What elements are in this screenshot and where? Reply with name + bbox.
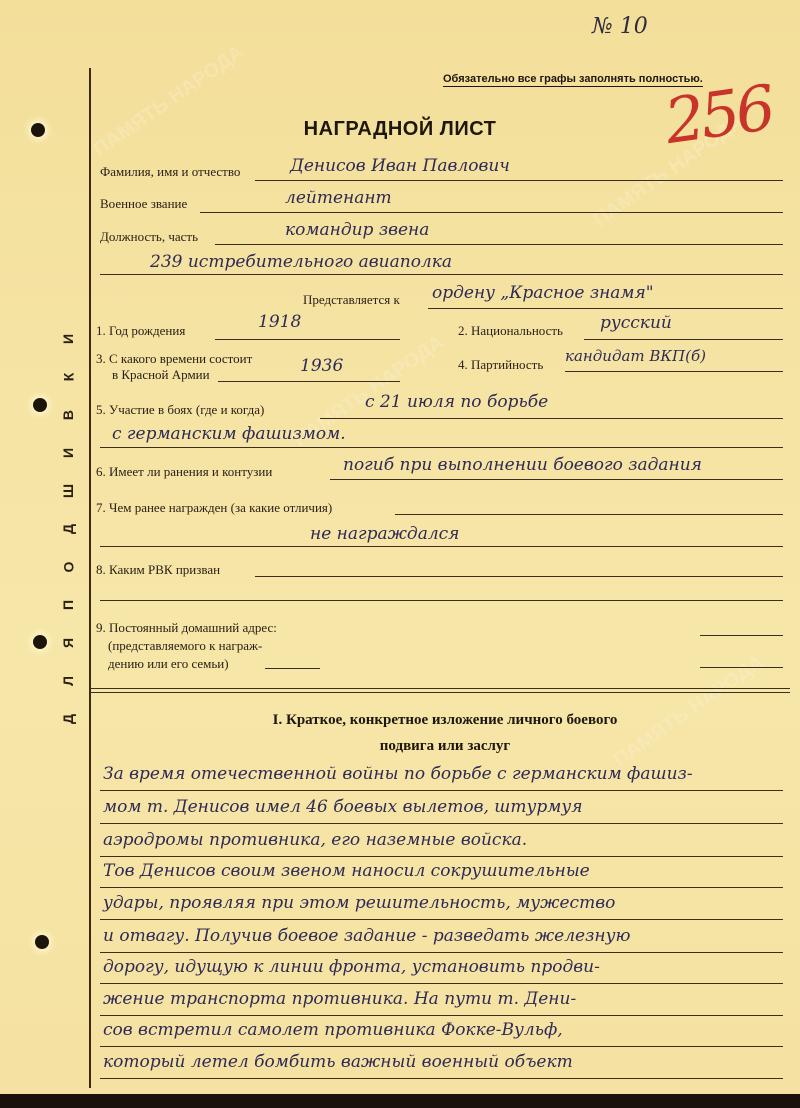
document-title: НАГРАДНОЙ ЛИСТ [0, 118, 800, 141]
wounds-label: 6. Имеет ли ранения и контузии [96, 464, 272, 480]
narrative-line: сов встретил самолет противника Фокке-Ву… [103, 1020, 563, 1040]
unit-value: 239 истребительного авиаполка [150, 252, 452, 272]
margin-letter: П [59, 600, 77, 610]
wounds-value: погиб при выполнении боевого задания [343, 455, 702, 475]
section1-heading: I. Краткое, конкретное изложение личного… [90, 712, 800, 729]
rule [100, 823, 783, 824]
rule [255, 576, 783, 577]
prior-awards-value: не награждался [310, 524, 459, 544]
rule [100, 1078, 783, 1079]
rule [100, 856, 783, 857]
army-since-label: 3. С какого времени состоит [96, 351, 252, 367]
rule [100, 952, 783, 953]
rule [100, 983, 783, 984]
margin-letter: В [59, 410, 77, 420]
margin-text-for-binding: И К В И Ш Д О П Я Л Д [58, 330, 78, 728]
rule [100, 1046, 783, 1047]
rule [100, 274, 783, 275]
rule [100, 1015, 783, 1016]
army-since-label-2: в Красной Армии [112, 367, 210, 383]
nominated-for-value: ордену „Красное знамя" [432, 283, 654, 303]
rank-value: лейтенант [285, 188, 392, 208]
address-label-3: дению или его семьи) [108, 656, 229, 672]
position-value: командир звена [285, 220, 429, 240]
rule [100, 447, 783, 448]
address-label-2: (представляемого к награж- [108, 638, 262, 654]
punch-hole [33, 398, 47, 412]
rule [100, 600, 783, 601]
narrative-line: За время отечественной войны по борьбе с… [103, 764, 693, 784]
rule [565, 371, 783, 372]
rule [100, 887, 783, 888]
rvk-label: 8. Каким РВК призван [96, 562, 220, 578]
rule [320, 418, 783, 419]
rule [100, 546, 783, 547]
section1-heading-2: подвига или заслуг [90, 738, 800, 755]
address-label: 9. Постоянный домашний адрес: [96, 620, 277, 636]
narrative-line: жение транспорта противника. На пути т. … [103, 989, 576, 1009]
rule [428, 308, 783, 309]
rank-label: Военное звание [100, 196, 187, 212]
margin-letter: Я [59, 638, 77, 648]
punch-hole [35, 935, 49, 949]
punch-hole [33, 635, 47, 649]
rule [584, 339, 783, 340]
rule [700, 635, 783, 636]
rule [395, 514, 783, 515]
narrative-line: Тов Денисов своим звеном наносил сокруши… [103, 861, 590, 881]
nominated-for-label: Представляется к [303, 292, 400, 308]
margin-letter: Ш [59, 484, 77, 498]
watermark: ПАМЯТЬ НАРОДА [89, 41, 248, 162]
rule [100, 919, 783, 920]
margin-letter: К [59, 373, 77, 382]
rule [330, 479, 783, 480]
rule [218, 381, 400, 382]
rule [200, 212, 783, 213]
rule [265, 668, 320, 669]
narrative-line: удары, проявляя при этом решительность, … [103, 893, 615, 913]
narrative-line: и отвагу. Получив боевое задание - разве… [103, 926, 630, 946]
margin-letter: Д [59, 524, 77, 534]
narrative-line: мом т. Денисов имел 46 боевых вылетов, ш… [103, 797, 582, 817]
nationality-label: 2. Национальность [458, 323, 563, 339]
prior-awards-label: 7. Чем ранее награжден (за какие отличия… [96, 500, 332, 516]
rule [215, 339, 400, 340]
top-handwritten-mark: № 10 [592, 14, 648, 39]
left-border-line [89, 68, 91, 1088]
rule [255, 180, 783, 181]
margin-letter: И [59, 334, 77, 344]
party-label: 4. Партийность [458, 357, 543, 373]
scan-edge [0, 1094, 800, 1108]
award-sheet: ПАМЯТЬ НАРОДА ПАМЯТЬ НАРОДА ПАМЯТЬ НАРОД… [0, 0, 800, 1094]
position-label: Должность, часть [100, 229, 198, 245]
margin-letter: Л [59, 676, 77, 686]
narrative-line: дорогу, идущую к линии фронта, установит… [103, 957, 600, 977]
archive-number: 256 [660, 71, 775, 158]
narrative-line: аэродромы противника, его наземные войск… [103, 830, 527, 850]
battles-value-2: с германским фашизмом. [112, 424, 346, 444]
rule [700, 667, 783, 668]
rule [100, 790, 783, 791]
birth-year-value: 1918 [258, 312, 301, 332]
narrative-line: который летел бомбить важный военный объ… [103, 1052, 573, 1072]
battles-value: с 21 июля по борьбе [365, 392, 548, 412]
party-value: кандидат ВКП(б) [565, 347, 706, 365]
section-divider [90, 688, 790, 693]
battles-label: 5. Участие в боях (где и когда) [96, 402, 264, 418]
army-since-value: 1936 [300, 356, 343, 376]
nationality-value: русский [600, 313, 672, 333]
full-name-label: Фамилия, имя и отчество [100, 164, 240, 180]
rule [215, 244, 783, 245]
margin-letter: Д [59, 714, 77, 724]
birth-year-label: 1. Год рождения [96, 323, 185, 339]
full-name-value: Денисов Иван Павлович [290, 156, 510, 176]
margin-letter: О [59, 562, 77, 573]
margin-letter: И [59, 448, 77, 458]
